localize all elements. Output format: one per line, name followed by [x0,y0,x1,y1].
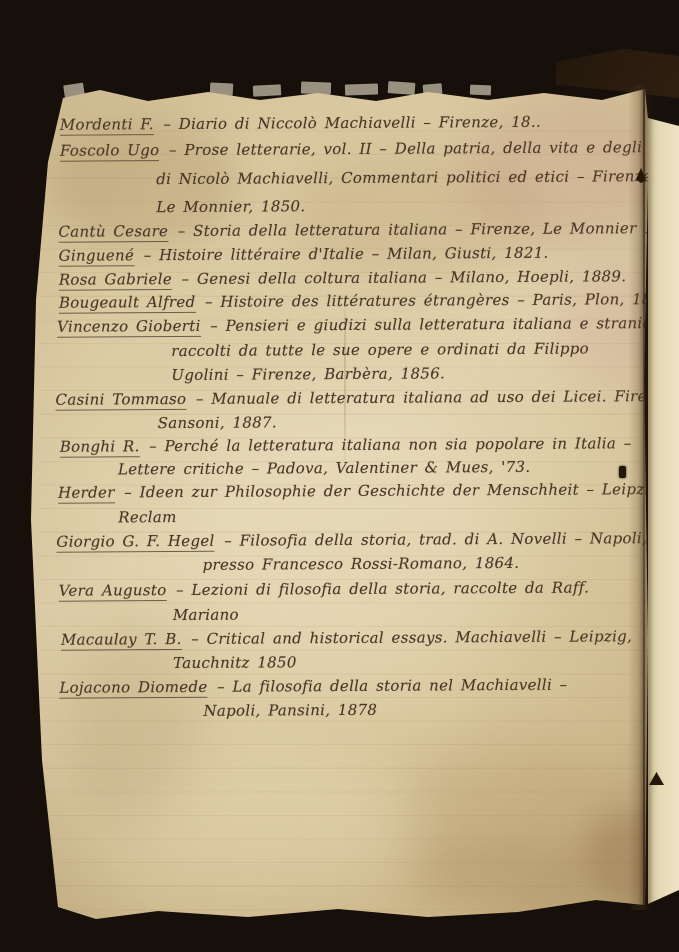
tape-fragment [388,81,416,95]
binding-gutter [628,85,654,910]
scan-background: Mordenti F. – Diario di Niccolò Machiave… [0,0,679,952]
paper-edge-shading [0,0,679,952]
tape-fragment [470,85,491,96]
tape-fragment [253,84,282,96]
manuscript-page: Mordenti F. – Diario di Niccolò Machiave… [0,0,679,952]
tape-fragment [301,81,331,94]
torn-page-flap [556,38,679,98]
binding-fold-line [643,88,645,908]
tape-fragment [345,83,378,95]
binding-stitch [619,466,626,478]
